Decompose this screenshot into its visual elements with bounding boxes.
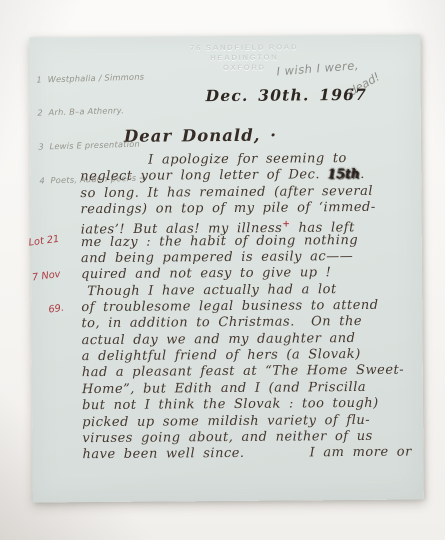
body-line: have been well since. I am more or [82, 445, 438, 464]
red-note-line: 7 Nov [31, 268, 64, 284]
red-note-line: Lot 21 [28, 234, 60, 249]
letter-paper: 76 SANDFIELD ROAD HEADINGTON OXFORD 1 We… [29, 34, 424, 502]
body-text: . [360, 167, 365, 182]
letter-body: I apologize for seeming to neglect your … [80, 150, 438, 463]
red-note-line: 69. [48, 302, 69, 316]
pencil-note-item: 2 Arh. B–a Athenry. [37, 105, 145, 119]
pencil-note-item: 1 Westphalia / Simmons [36, 71, 144, 85]
body-line: had a pleasant feast at “The Home Sweet- [82, 363, 438, 382]
red-cross-mark: + [282, 220, 290, 230]
date-line: Dec. 30th. 1967 [206, 85, 368, 105]
letter-photograph: 76 SANDFIELD ROAD HEADINGTON OXFORD 1 We… [0, 0, 445, 540]
body-text: neglect your long letter of Dec. [80, 168, 328, 185]
salutation: Dear Donald, · [124, 126, 277, 146]
scribbled-out-date: 15th [328, 167, 360, 182]
auction-lot-note: Lot 21 7 Nov 69. [25, 211, 72, 340]
